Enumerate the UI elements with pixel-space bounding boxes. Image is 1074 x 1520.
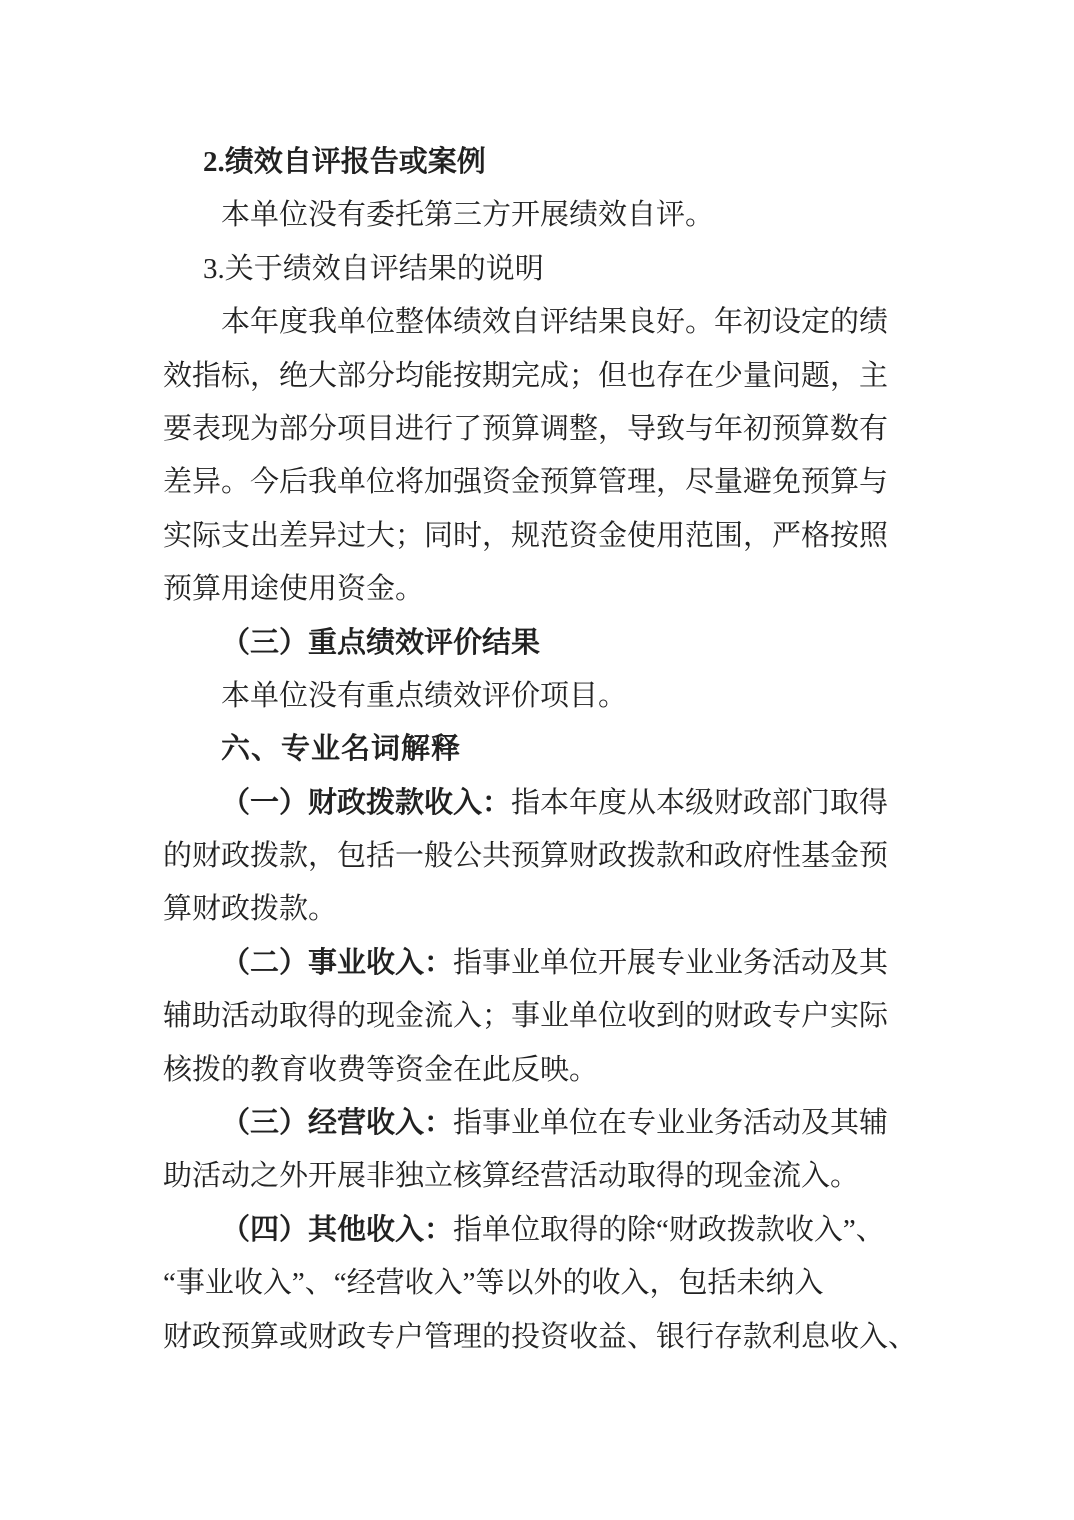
text-line: “事业收入”、“经营收入”等以外的收入，包括未纳入 [163,1257,963,1310]
text-segment: 六、专业名词解释 [221,733,461,765]
text-segment: “事业收入”、“经营收入”等以外的收入，包括未纳入 [163,1267,824,1299]
text-line: 辅助活动取得的现金流入；事业单位收到的财政专户实际 [163,990,963,1043]
text-line: 六、专业名词解释 [163,723,963,776]
text-segment: 效指标，绝大部分均能按期完成；但也存在少量问题，主 [163,360,888,392]
text-segment: 差异。今后我单位将加强资金预算管理，尽量避免预算与 [163,466,888,498]
text-segment: （三）重点绩效评价结果 [221,627,540,659]
text-segment: 助活动之外开展非独立核算经营活动取得的现金流入。 [163,1160,859,1192]
text-line: 本单位没有委托第三方开展绩效自评。 [163,189,963,242]
text-line: （二）事业收入：指事业单位开展专业业务活动及其 [163,937,963,990]
text-line: 的财政拨款，包括一般公共预算财政拨款和政府性基金预 [163,830,963,883]
text-segment: 要表现为部分项目进行了预算调整，导致与年初预算数有 [163,413,888,445]
text-line: 3.关于绩效自评结果的说明 [163,243,963,296]
text-segment: 2.绩效自评报告或案例 [203,146,486,178]
text-segment: 的财政拨款，包括一般公共预算财政拨款和政府性基金预 [163,840,888,872]
text-line: 本年度我单位整体绩效自评结果良好。年初设定的绩 [163,296,963,349]
text-segment: 核拨的教育收费等资金在此反映。 [163,1054,598,1086]
text-segment: 实际支出差异过大；同时，规范资金使用范围，严格按照 [163,520,888,552]
text-segment: 财政预算或财政专户管理的投资收益、银行存款利息收入、 [163,1321,917,1353]
text-line: 核拨的教育收费等资金在此反映。 [163,1044,963,1097]
text-segment: （一）财政拨款收入： [221,787,511,819]
text-segment: 指本年度从本级财政部门取得 [511,787,888,819]
text-line: （四）其他收入：指单位取得的除“财政拨款收入”、 [163,1204,963,1257]
text-segment: 指事业单位开展专业业务活动及其 [453,947,888,979]
text-line: 2.绩效自评报告或案例 [163,136,963,189]
text-segment: 指单位取得的除“财政拨款收入”、 [453,1214,885,1246]
text-segment: 本年度我单位整体绩效自评结果良好。年初设定的绩 [221,306,888,338]
text-segment: 指事业单位在专业业务活动及其辅 [453,1107,888,1139]
text-line: 本单位没有重点绩效评价项目。 [163,670,963,723]
text-segment: 3.关于绩效自评结果的说明 [203,253,544,285]
text-segment: 预算用途使用资金。 [163,573,424,605]
text-segment: 算财政拨款。 [163,893,337,925]
text-line: （一）财政拨款收入：指本年度从本级财政部门取得 [163,777,963,830]
text-line: 实际支出差异过大；同时，规范资金使用范围，严格按照 [163,510,963,563]
text-segment: （四）其他收入： [221,1214,453,1246]
text-line: 助活动之外开展非独立核算经营活动取得的现金流入。 [163,1150,963,1203]
text-line: 差异。今后我单位将加强资金预算管理，尽量避免预算与 [163,456,963,509]
text-segment: 本单位没有重点绩效评价项目。 [221,680,627,712]
text-line: 要表现为部分项目进行了预算调整，导致与年初预算数有 [163,403,963,456]
text-segment: （三）经营收入： [221,1107,453,1139]
text-line: 算财政拨款。 [163,883,963,936]
text-line: （三）经营收入：指事业单位在专业业务活动及其辅 [163,1097,963,1150]
text-segment: （二）事业收入： [221,947,453,979]
document-page: 2.绩效自评报告或案例本单位没有委托第三方开展绩效自评。3.关于绩效自评结果的说… [0,0,1074,1520]
text-line: 效指标，绝大部分均能按期完成；但也存在少量问题，主 [163,350,963,403]
text-segment: 本单位没有委托第三方开展绩效自评。 [221,199,714,231]
text-line: 财政预算或财政专户管理的投资收益、银行存款利息收入、 [163,1311,963,1364]
text-line: 预算用途使用资金。 [163,563,963,616]
text-block: 2.绩效自评报告或案例本单位没有委托第三方开展绩效自评。3.关于绩效自评结果的说… [163,136,963,1364]
text-line: （三）重点绩效评价结果 [163,617,963,670]
text-segment: 辅助活动取得的现金流入；事业单位收到的财政专户实际 [163,1000,888,1032]
